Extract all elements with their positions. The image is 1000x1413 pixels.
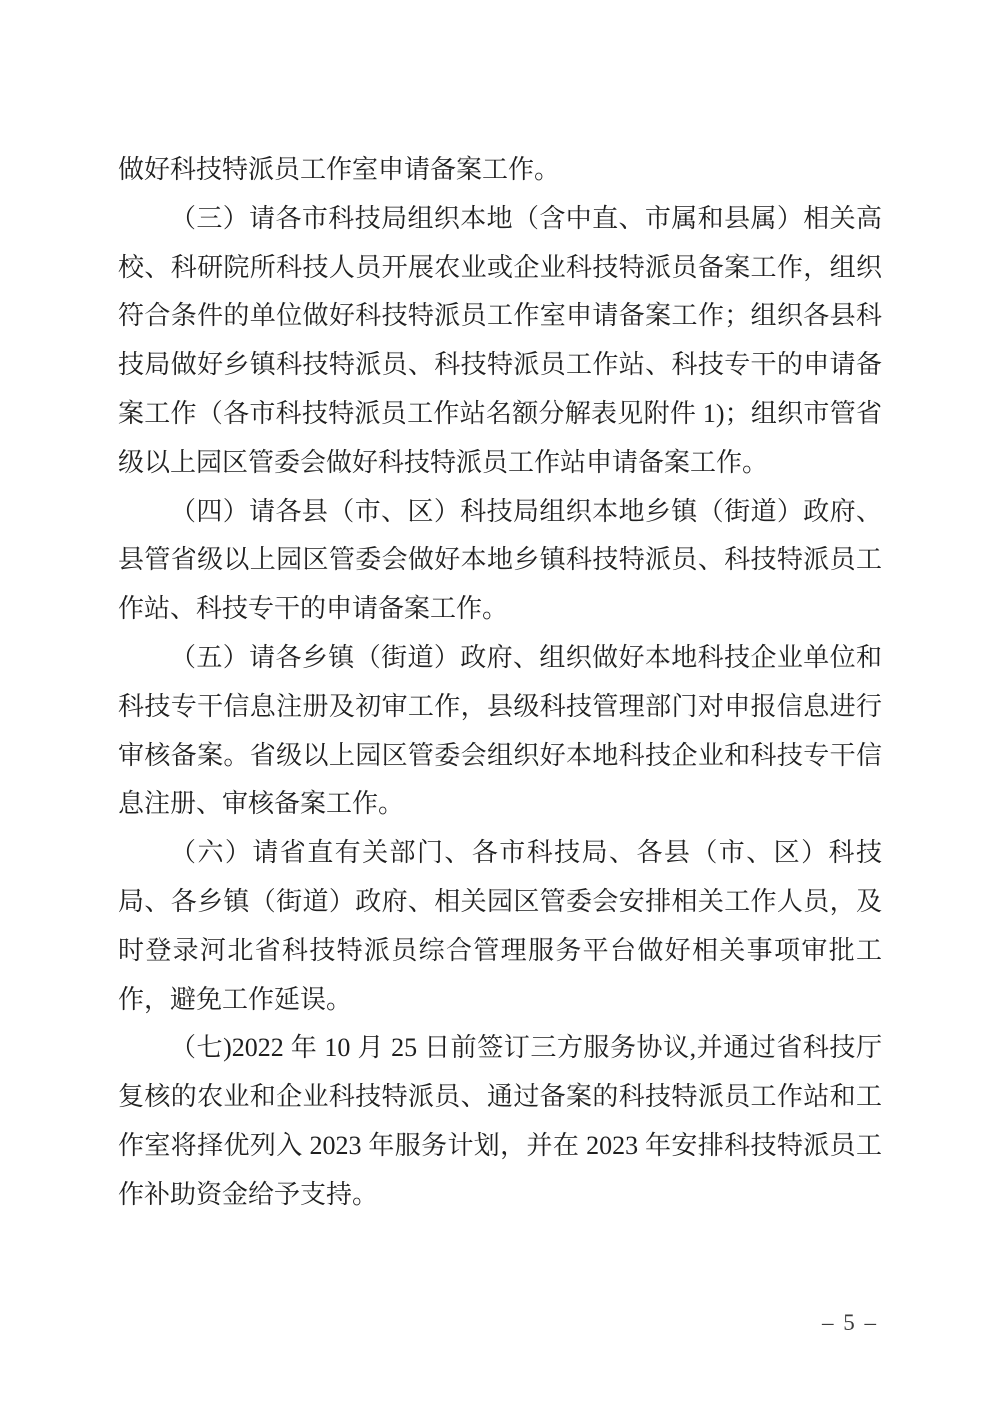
paragraph-item-6: （六）请省直有关部门、各市科技局、各县（市、区）科技局、各乡镇（街道）政府、相关… [118,829,882,1024]
paragraph-item-5: （五）请各乡镇（街道）政府、组织做好本地科技企业单位和科技专干信息注册及初审工作… [118,634,882,829]
document-page: 做好科技特派员工作室申请备案工作。 （三）请各市科技局组织本地（含中直、市属和县… [0,0,1000,1413]
paragraph-item-7: （七)2022 年 10 月 25 日前签订三方服务协议,并通过省科技厅复核的农… [118,1024,882,1219]
paragraph-item-3: （三）请各市科技局组织本地（含中直、市属和县属）相关高校、科研院所科技人员开展农… [118,195,882,488]
document-body: 做好科技特派员工作室申请备案工作。 （三）请各市科技局组织本地（含中直、市属和县… [118,146,882,1220]
paragraph-item-4: （四）请各县（市、区）科技局组织本地乡镇（街道）政府、县管省级以上园区管委会做好… [118,488,882,634]
paragraph-continuation: 做好科技特派员工作室申请备案工作。 [118,146,882,195]
page-number: – 5 – [810,1308,890,1338]
